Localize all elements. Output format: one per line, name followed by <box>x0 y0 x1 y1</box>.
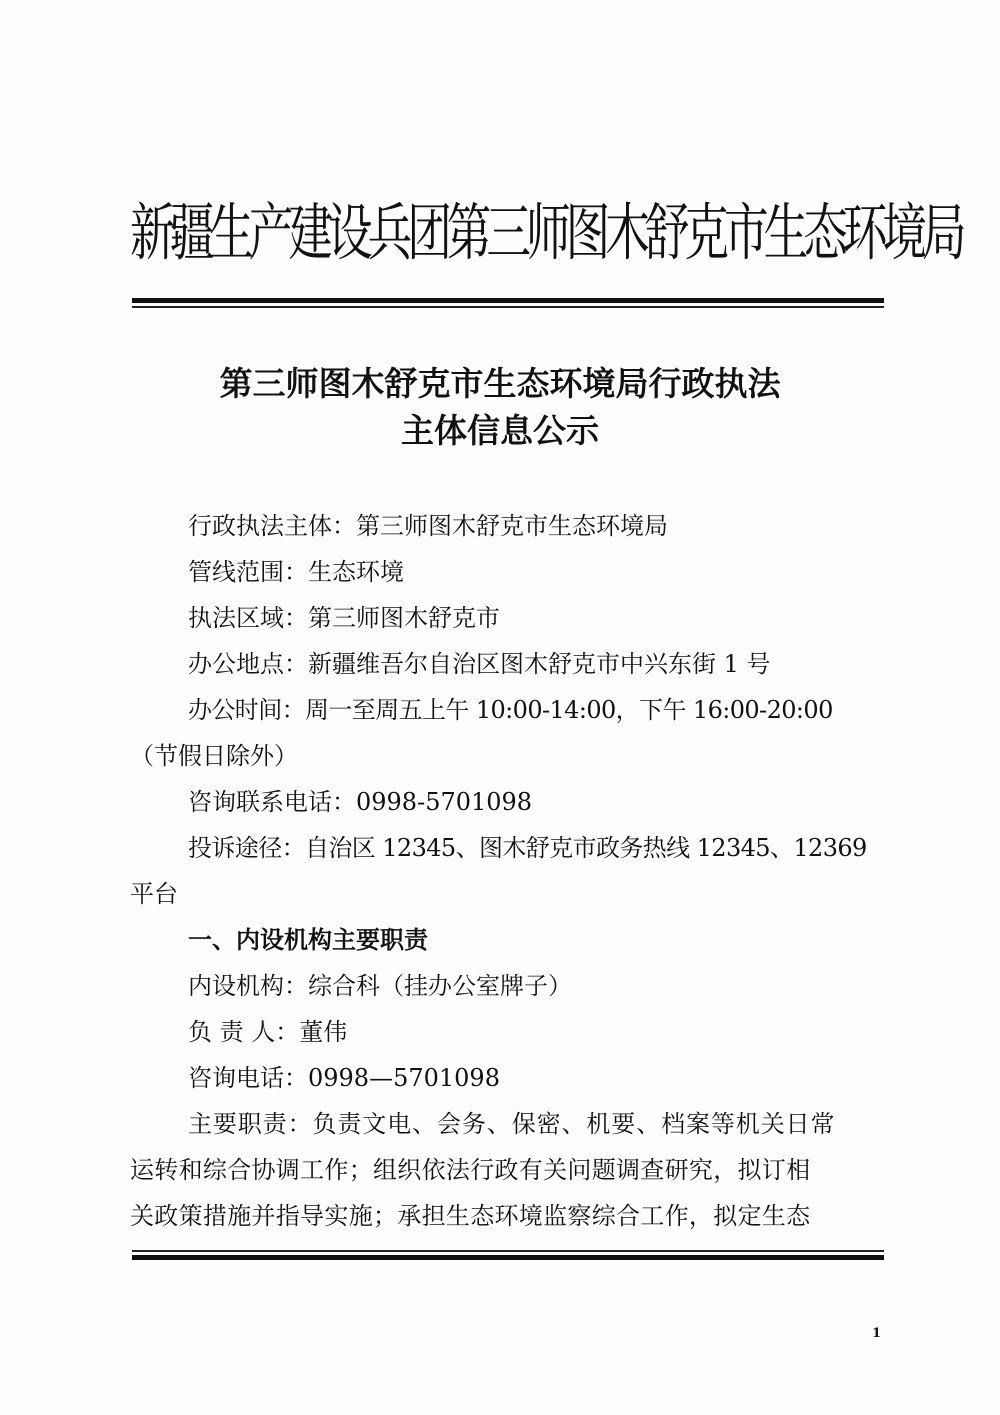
field-enforcement-subject: 行政执法主体：第三师图木舒克市生态环境局 <box>188 506 948 541</box>
page-number: 1 <box>872 1326 881 1341</box>
field-label: 内设机构： <box>188 972 308 1000</box>
footer-rule-thin <box>132 1250 884 1252</box>
footer-rule-thick <box>132 1255 884 1260</box>
document-title-line1: 第三师图木舒克市生态环境局行政执法 <box>0 358 1000 405</box>
field-address: 办公地点：新疆维吾尔自治区图木舒克市中兴东街 1 号 <box>188 644 948 679</box>
field-complaints: 投诉途径：自治区 12345、图木舒克市政务热线 12345、12369 <box>188 828 948 863</box>
field-value: 0998-5701098 <box>356 788 532 816</box>
field-value: 第三师图木舒克市 <box>308 604 500 632</box>
duties-line-3: 关政策措施并指导实施；承担生态环境监察综合工作，拟定生态 <box>130 1196 890 1231</box>
field-area: 执法区域：第三师图木舒克市 <box>188 598 948 633</box>
field-value: 第三师图木舒克市生态环境局 <box>356 512 668 540</box>
duties-line-2: 运转和综合协调工作；组织依法行政有关问题调查研究，拟订相 <box>130 1150 890 1185</box>
field-value: 综合科（挂办公室牌子） <box>308 972 572 1000</box>
field-label: 执法区域： <box>188 604 308 632</box>
field-phone: 咨询联系电话：0998-5701098 <box>188 782 948 817</box>
field-label: 咨询联系电话： <box>188 788 356 816</box>
field-label: 办公时间： <box>188 696 305 724</box>
field-leader: 负 责 人：董伟 <box>188 1012 948 1047</box>
letterhead-organization: 新疆生产建设兵团第三师图木舒克市生态环境局 <box>130 188 674 278</box>
field-complaints-continuation: 平台 <box>130 874 890 909</box>
letterhead-rule-thin <box>132 306 884 308</box>
field-label: 咨询电话： <box>188 1064 308 1092</box>
field-value: 董伟 <box>299 1018 347 1046</box>
letterhead-rule-thick <box>132 298 884 303</box>
field-internal-unit: 内设机构：综合科（挂办公室牌子） <box>188 966 948 1001</box>
field-label: 负 责 人： <box>188 1018 299 1046</box>
field-label: 管线范围： <box>188 558 308 586</box>
field-value: 生态环境 <box>308 558 404 586</box>
duties-line-1: 主要职责：负责文电、会务、保密、机要、档案等机关日常 <box>188 1104 948 1139</box>
field-consult-phone: 咨询电话：0998—5701098 <box>188 1058 948 1093</box>
field-scope: 管线范围：生态环境 <box>188 552 948 587</box>
field-value: 新疆维吾尔自治区图木舒克市中兴东街 1 号 <box>308 650 771 678</box>
field-label: 办公地点： <box>188 650 308 678</box>
field-label: 行政执法主体： <box>188 512 356 540</box>
document-title-line2: 主体信息公示 <box>0 405 1000 452</box>
field-value: 周一至周五上午 10:00-14:00，下午 16:00-20:00 <box>305 696 833 724</box>
field-value: 0998—5701098 <box>308 1064 500 1092</box>
field-label: 投诉途径： <box>188 834 305 862</box>
field-office-hours-continuation: （节假日除外） <box>130 736 890 771</box>
section-heading: 一、内设机构主要职责 <box>188 920 948 955</box>
field-value: 自治区 12345、图木舒克市政务热线 12345、12369 <box>305 834 867 862</box>
field-office-hours: 办公时间：周一至周五上午 10:00-14:00，下午 16:00-20:00 <box>188 690 948 725</box>
